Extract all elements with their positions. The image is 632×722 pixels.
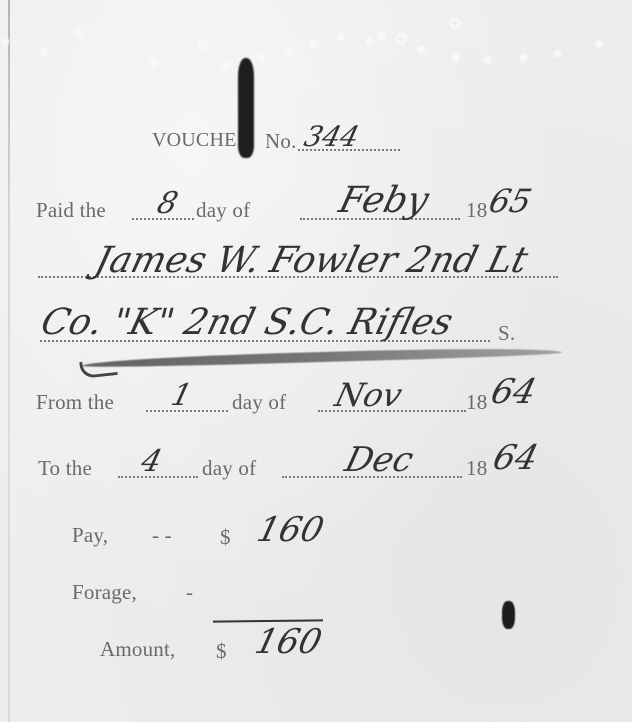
amount-currency: $ [216,639,227,664]
from-mid: day of [232,390,286,415]
ink-blot-top [238,58,254,158]
amount-value: 160 [251,622,326,662]
paid-year-prefix: 18 [466,198,487,223]
closing-flourish-hook [79,358,118,379]
from-month: Nov [331,376,406,414]
to-mid: day of [202,456,256,481]
perforation-row [0,10,632,70]
voucher-paper: VOUCHE No. 344 Paid the 8 day of Feby 18… [0,0,632,722]
paid-month: Feby [335,180,433,221]
to-day-dots [118,476,198,478]
pay-value: 160 [253,510,328,550]
pay-dashes: - - [152,523,172,548]
to-prefix: To the [38,456,92,481]
voucher-label: VOUCHE [152,129,237,152]
paid-prefix: Paid the [36,198,106,223]
from-year-suffix: 64 [487,372,540,412]
paid-mid: day of [196,198,250,223]
to-month: Dec [341,440,417,480]
forage-label: Forage, [72,580,137,605]
voucher-no-label: No. [265,129,297,154]
closing-flourish-stroke [82,345,562,368]
paid-year-suffix: 65 [485,182,535,220]
from-day: 1 [168,378,196,413]
pay-currency: $ [220,525,231,550]
pay-label: Pay, [72,523,108,548]
payee-unit: Co. "K" 2nd S.C. Rifles [37,302,457,343]
paid-day: 8 [154,186,182,221]
amount-label: Amount, [100,637,176,662]
payee-name: James W. Fowler 2nd Lt [91,240,532,281]
to-year-prefix: 18 [466,456,487,481]
from-prefix: From the [36,390,114,415]
forage-dash: - [186,580,193,605]
to-year-suffix: 64 [489,438,542,478]
to-day: 4 [138,444,166,479]
page-left-edge [8,0,10,722]
payee-unit-suffix: S. [498,321,515,346]
ink-blot-small [502,601,515,629]
from-year-prefix: 18 [466,390,487,415]
voucher-number: 344 [301,120,363,153]
